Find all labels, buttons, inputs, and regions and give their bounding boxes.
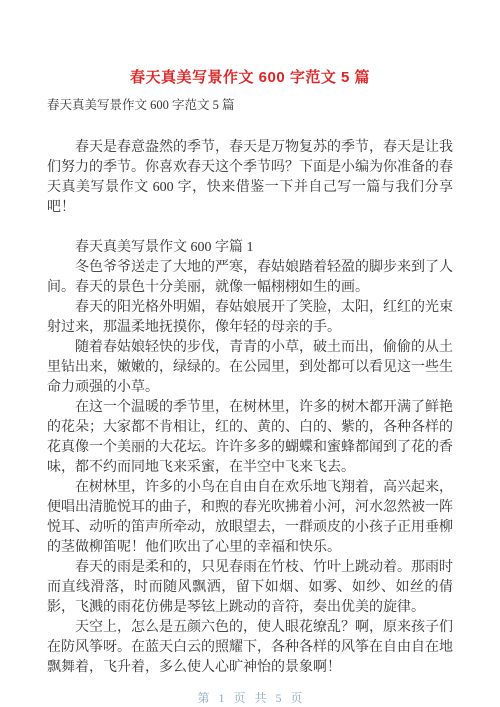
footer-pages-word: 页	[291, 690, 303, 706]
footer-current-page: 1	[218, 690, 224, 706]
footer-page-word: 页	[233, 690, 245, 706]
document-title: 春天真美写景作文 600 字范文 5 篇	[30, 68, 470, 88]
essay-paragraph: 天空上，怎么是五颜六色的，使人眼花缭乱？啊，原来孩子们在防风筝呀。在蓝天白云的照…	[47, 618, 453, 678]
essay-paragraph: 在树林里，许多的小鸟在自由自在欢乐地飞翔着，高兴起来，便唱出清脆悦耳的曲子，和煦…	[47, 478, 453, 558]
essay-paragraph: 春天的雨是柔和的，只见春雨在竹枝、竹叶上跳动着。那雨时而直线滑落，时而随风飘洒，…	[47, 558, 453, 618]
footer-total-pages: 5	[276, 690, 282, 706]
section-heading: 春天真美写景作文 600 字篇 1	[47, 238, 453, 258]
essay-paragraph: 冬色爷爷送走了大地的严寒，春姑娘踏着轻盈的脚步来到了人间。春天的景色十分美丽，就…	[47, 258, 453, 298]
page-footer: 第 1 页 共 5 页	[0, 690, 500, 706]
document-subtitle: 春天真美写景作文 600 字范文 5 篇	[47, 96, 453, 114]
essay-paragraph: 随着春姑娘轻快的步伐，青青的小草，破土而出，偷偷的从土里钻出来，嫩嫩的，绿绿的。…	[47, 338, 453, 398]
intro-paragraph: 春天是春意盎然的季节，春天是万物复苏的季节，春天是让我们努力的季节。你喜欢春天这…	[47, 138, 453, 218]
essay-paragraph: 春天的阳光格外明媚，春姑娘展开了笑脸，太阳，红红的光束射过来，那温柔地抚摸你，像…	[47, 298, 453, 338]
footer-total-label: 共	[255, 690, 267, 706]
footer-page-label: 第	[197, 690, 209, 706]
document-page: 春天真美写景作文 600 字范文 5 篇 春天真美写景作文 600 字范文 5 …	[0, 0, 500, 707]
document-body: 春天是春意盎然的季节，春天是万物复苏的季节，春天是让我们努力的季节。你喜欢春天这…	[0, 138, 500, 678]
essay-paragraph: 在这一个温暖的季节里，在树林里，许多的树木都开满了鲜艳的花朵；大家都不肯相让，红…	[47, 398, 453, 478]
